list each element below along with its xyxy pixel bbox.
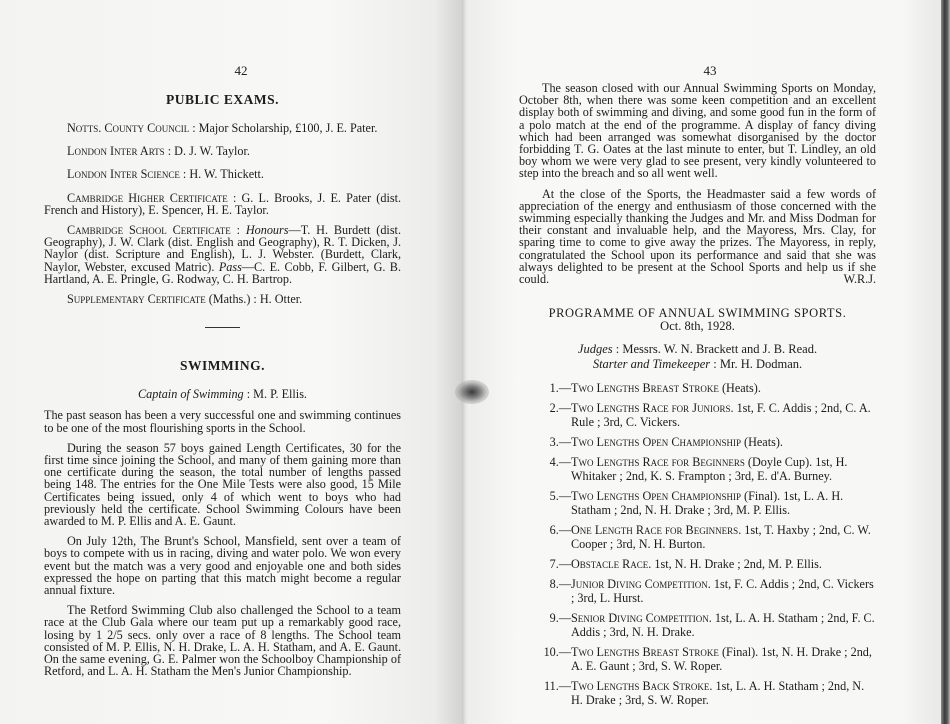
event-number: 3.— [541,435,571,449]
event-title: Two Lengths Breast Stroke [571,645,719,659]
event-item: 6.—One Length Race for Beginners. 1st, T… [519,523,876,551]
event-number: 6.— [541,523,571,537]
swimming-heading: SWIMMING. [44,358,401,374]
event-number: 11.— [541,679,571,693]
book-spread: 42 PUBLIC EXAMS. Notts. County Council :… [0,0,950,724]
swimming-paragraph: The past season has been a very successf… [44,409,401,433]
exam-entry: London Inter Arts : D. J. W. Taylor. [44,145,401,157]
exam-entry: Notts. County Council : Major Scholarshi… [44,122,401,134]
event-number: 1.— [541,381,571,395]
exam-entry-label: Notts. County Council : [67,121,196,135]
event-title: Two Lengths Race for Juniors. [571,401,734,415]
event-result: 1st, N. H. Drake ; 2nd, M. P. Ellis. [654,557,822,571]
swimming-paragraph: During the season 57 boys gained Length … [44,442,401,527]
public-exams-heading: PUBLIC EXAMS. [44,92,401,108]
event-number: 7.— [541,557,571,571]
event-number: 8.— [541,577,571,591]
event-title: Obstacle Race. [571,557,651,571]
exam-entry-label: London Inter Arts : [67,144,171,158]
left-page-content: PUBLIC EXAMS. Notts. County Council : Ma… [44,92,401,686]
exam-entry-label: London Inter Science : [67,167,186,181]
exam-entry: London Inter Science : H. W. Thickett. [44,168,401,180]
event-title: Senior Diving Competition. [571,611,712,625]
section-divider [205,327,240,328]
book-page-edge [941,0,950,724]
sports-paragraph: The season closed with our Annual Swimmi… [519,82,876,180]
event-title: Junior Diving Competition. [571,577,711,591]
book-gutter [462,0,470,724]
starter-line: Starter and Timekeeper : Mr. H. Dodman. [519,357,876,372]
event-item: 2.—Two Lengths Race for Juniors. 1st, F.… [519,401,876,429]
event-number: 2.— [541,401,571,415]
event-item: 1.—Two Lengths Breast Stroke (Heats). [519,381,876,395]
judges-label: Judges [578,342,613,356]
exam-entry-text: Major Scholarship, £100, J. E. Pater. [199,121,378,135]
page-number-right: 43 [470,63,950,79]
event-item: 11.—Two Lengths Back Stroke. 1st, L. A. … [519,679,876,707]
starter-label: Starter and Timekeeper [593,357,710,371]
judges-line: Judges : Messrs. W. N. Brackett and J. B… [519,342,876,357]
event-number: 4.— [541,455,571,469]
event-title: Two Lengths Open Championship [571,489,741,503]
binding-staple-mark [455,380,489,404]
captain-line: Captain of Swimming : M. P. Ellis. [44,388,401,400]
swimming-paragraph: On July 12th, The Brunt's School, Mansfi… [44,535,401,596]
event-title: Two Lengths Open Championship [571,435,741,449]
event-item: 7.—Obstacle Race. 1st, N. H. Drake ; 2nd… [519,557,876,571]
left-page: 42 PUBLIC EXAMS. Notts. County Council :… [0,0,462,724]
event-result: (Heats). [744,435,783,449]
judges-text: : Messrs. W. N. Brackett and J. B. Read. [616,342,817,356]
event-title: Two Lengths Race for Beginners [571,455,745,469]
programme-date: Oct. 8th, 1928. [519,320,876,333]
page-number-left: 42 [0,63,462,79]
exam-entry-text: D. J. W. Taylor. [174,144,250,158]
event-number: 10.— [541,645,571,659]
swimming-paragraph: The Retford Swimming Club also challenge… [44,604,401,677]
right-page: 43 The season closed with our Annual Swi… [470,0,950,724]
supplementary-text: (Maths.) : H. Otter. [209,292,302,306]
event-number: 5.— [541,489,571,503]
event-item: 10.—Two Lengths Breast Stroke (Final). 1… [519,645,876,673]
supplementary-label: Supplementary Certificate [67,292,206,306]
event-title: Two Lengths Back Stroke. [571,679,712,693]
signature: W.R.J. [821,273,876,285]
event-item: 4.—Two Lengths Race for Beginners (Doyle… [519,455,876,483]
right-page-content: The season closed with our Annual Swimmi… [519,82,876,713]
event-title: One Length Race for Beginners. [571,523,741,537]
cambridge-school-certificate: Cambridge School Certificate : Honours—T… [44,224,401,285]
event-item: 8.—Junior Diving Competition. 1st, F. C.… [519,577,876,605]
supplementary-certificate: Supplementary Certificate (Maths.) : H. … [44,293,401,305]
event-title: Two Lengths Breast Stroke [571,381,719,395]
captain-label: Captain of Swimming [138,387,244,401]
closing-text: At the close of the Sports, the Headmast… [519,187,876,286]
event-item: 9.—Senior Diving Competition. 1st, L. A.… [519,611,876,639]
event-item: 3.—Two Lengths Open Championship (Heats)… [519,435,876,449]
sports-paragraph: At the close of the Sports, the Headmast… [519,188,876,286]
captain-name: : M. P. Ellis. [247,387,307,401]
event-number: 9.— [541,611,571,625]
exam-entry-text: H. W. Thickett. [189,167,264,181]
cambridge-higher-certificate: Cambridge Higher Certificate : G. L. Bro… [44,192,401,216]
event-result: (Heats). [722,381,761,395]
starter-text: : Mr. H. Dodman. [713,357,802,371]
event-item: 5.—Two Lengths Open Championship (Final)… [519,489,876,517]
event-list: 1.—Two Lengths Breast Stroke (Heats). 2.… [519,381,876,707]
